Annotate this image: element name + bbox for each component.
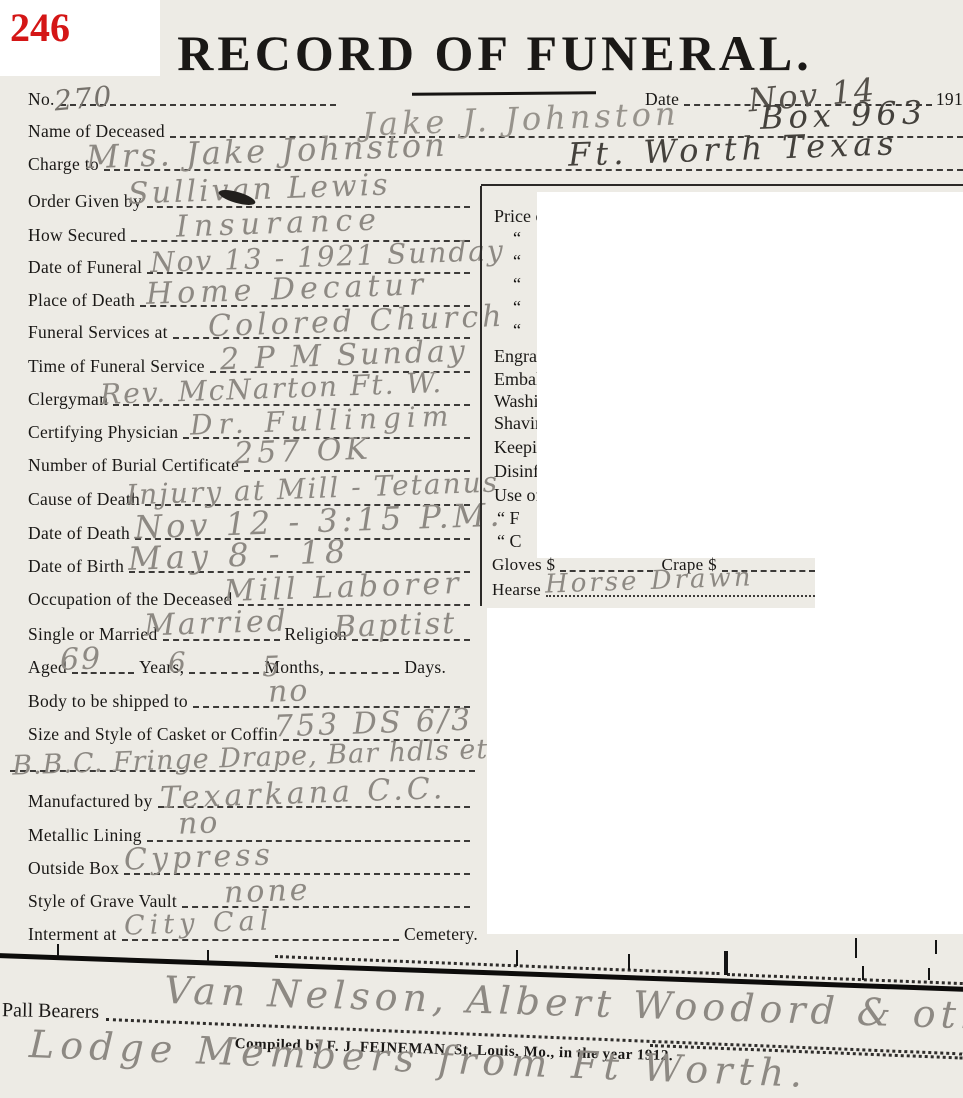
birth-date-label: Date of Birth <box>28 557 129 576</box>
right-column-fragments: Price o “ “ “ “ “ Engra Embal Washi Shav… <box>481 185 537 605</box>
fragment-disinfecting: Disinf <box>494 461 537 482</box>
handwriting-burial-cert-value: 257 OK <box>233 432 372 472</box>
aged-days-line <box>329 658 399 674</box>
redaction-overlay-top <box>537 192 963 558</box>
fragment-washing: Washi <box>494 391 537 412</box>
right-column-top-line <box>481 184 963 186</box>
days-label: Days. <box>399 658 451 677</box>
outside-box-label: Outside Box <box>28 859 124 878</box>
aged-months-line <box>189 658 259 674</box>
fragment-embalming: Embal <box>494 369 537 390</box>
fragment-ditto-f: “ F <box>497 508 520 529</box>
title-rule <box>412 91 596 96</box>
tick-mark <box>928 968 930 980</box>
physician-label: Certifying Physician <box>28 423 183 442</box>
pall-bearers-label: Pall Bearers <box>2 999 100 1024</box>
handwriting-lining-value: no <box>177 805 220 841</box>
tick-mark-bold <box>724 951 728 975</box>
handwriting-interment-value: City Cal <box>124 905 274 941</box>
ditto-mark: “ <box>513 274 521 295</box>
service-time-label: Time of Funeral Service <box>28 357 210 376</box>
funeral-date-label: Date of Funeral <box>28 258 147 277</box>
fragment-engraving: Engra <box>494 346 537 367</box>
ditto-mark: “ <box>513 228 521 249</box>
services-at-label: Funeral Services at <box>28 323 173 342</box>
manufactured-label: Manufactured by <box>28 792 158 811</box>
handwriting-religion-value: Baptist <box>333 606 456 645</box>
hearse-label: Hearse <box>492 581 546 600</box>
ditto-mark: “ <box>513 251 521 272</box>
form-title: RECORD OF FUNERAL. <box>175 24 815 82</box>
tick-mark <box>855 938 857 958</box>
tick-mark <box>862 966 864 980</box>
fragment-keeping: Keepin <box>494 437 537 458</box>
fragment-ditto-c: “ C <box>497 531 522 552</box>
date-year-prefix: 191 <box>932 90 963 109</box>
ditto-mark: “ <box>513 320 521 341</box>
page-number-red: 246 <box>10 4 70 51</box>
death-place-label: Place of Death <box>28 291 140 310</box>
interment-label: Interment at <box>28 925 122 944</box>
shipped-label: Body to be shipped to <box>28 692 193 711</box>
death-date-label: Date of Death <box>28 524 135 543</box>
tick-mark <box>57 944 59 956</box>
redaction-overlay-mid <box>815 552 963 608</box>
redaction-overlay-bottom <box>487 608 963 934</box>
ditto-mark: “ <box>513 297 521 318</box>
handwriting-shipped-value: no <box>267 673 310 709</box>
burial-cert-label: Number of Burial Certificate <box>28 456 244 475</box>
tick-mark <box>516 950 518 966</box>
secured-label: How Secured <box>28 226 131 245</box>
fragment-use-of: Use of <box>494 485 537 506</box>
casket-label: Size and Style of Casket or Coffin <box>28 725 283 744</box>
handwriting-outside-box-value: Cypress <box>123 837 274 877</box>
handwriting-aged-months: 6 <box>167 646 188 680</box>
tick-mark <box>935 940 937 954</box>
funeral-record-scan: 246 RECORD OF FUNERAL. No. Date191 Name … <box>0 0 963 1098</box>
tick-mark <box>628 954 630 970</box>
handwriting-marital-value: Married <box>143 603 289 643</box>
handwriting-no-value: 270 <box>53 79 115 117</box>
fragment-shaving: Shavin <box>494 413 537 434</box>
fragment-price-of: Price o <box>494 206 537 227</box>
tick-mark <box>207 950 209 962</box>
cemetery-label: Cemetery. <box>399 925 483 944</box>
handwriting-aged-years: 69 <box>59 641 102 677</box>
